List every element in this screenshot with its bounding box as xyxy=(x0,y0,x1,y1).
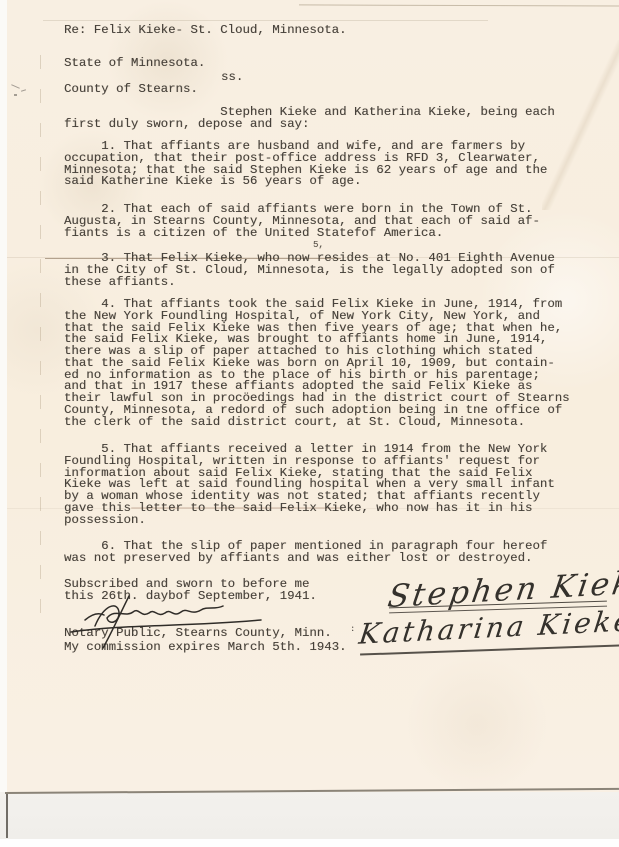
scanned-page: Re: Felix Kieke- St. Cloud, Minnesota. S… xyxy=(7,0,619,792)
notary-signature-scrawl xyxy=(65,590,275,652)
scan-edge-shadow xyxy=(6,793,8,838)
pencil-mark xyxy=(14,94,17,96)
venue-state: State of Minnesota. xyxy=(64,58,205,70)
paper-top-edge-line xyxy=(299,4,619,6)
marginal-mark: 5, xyxy=(313,241,324,250)
affidavit-paragraph-5: 5. That affiants received a letter in 19… xyxy=(64,444,555,526)
venue-ss: ss. xyxy=(221,72,243,84)
affidavit-paragraph-1: 1. That affiants are husband and wife, a… xyxy=(64,141,547,188)
vertical-fold-crease xyxy=(40,55,41,620)
pencil-mark xyxy=(11,84,20,89)
intro-text: Stephen Kieke and Katherina Kieke, being… xyxy=(64,107,555,131)
affidavit-paragraph-3: 3. That Felix Kieke, who now resides at … xyxy=(64,253,555,288)
re-line: Re: Felix Kieke- St. Cloud, Minnesota. xyxy=(64,25,347,37)
scan-left-margin xyxy=(0,0,7,794)
scanner-background xyxy=(0,792,619,839)
pencil-mark xyxy=(21,89,26,91)
scanned-affidavit-screenshot: { "page": { "re_line": "Re: Felix Kieke-… xyxy=(0,0,619,847)
venue-county: County of Stearns. xyxy=(64,84,198,96)
affidavit-paragraph-4: 4. That affiants took the said Felix Kie… xyxy=(64,299,570,428)
affidavit-paragraph-6: 6. That the slip of paper mentioned in p… xyxy=(64,541,547,565)
paper-faint-line xyxy=(43,20,488,21)
affidavit-paragraph-2: 2. That each of said affiants were born … xyxy=(64,204,540,239)
ink-mark: : xyxy=(351,623,354,634)
scan-bottom-margin xyxy=(0,839,619,847)
